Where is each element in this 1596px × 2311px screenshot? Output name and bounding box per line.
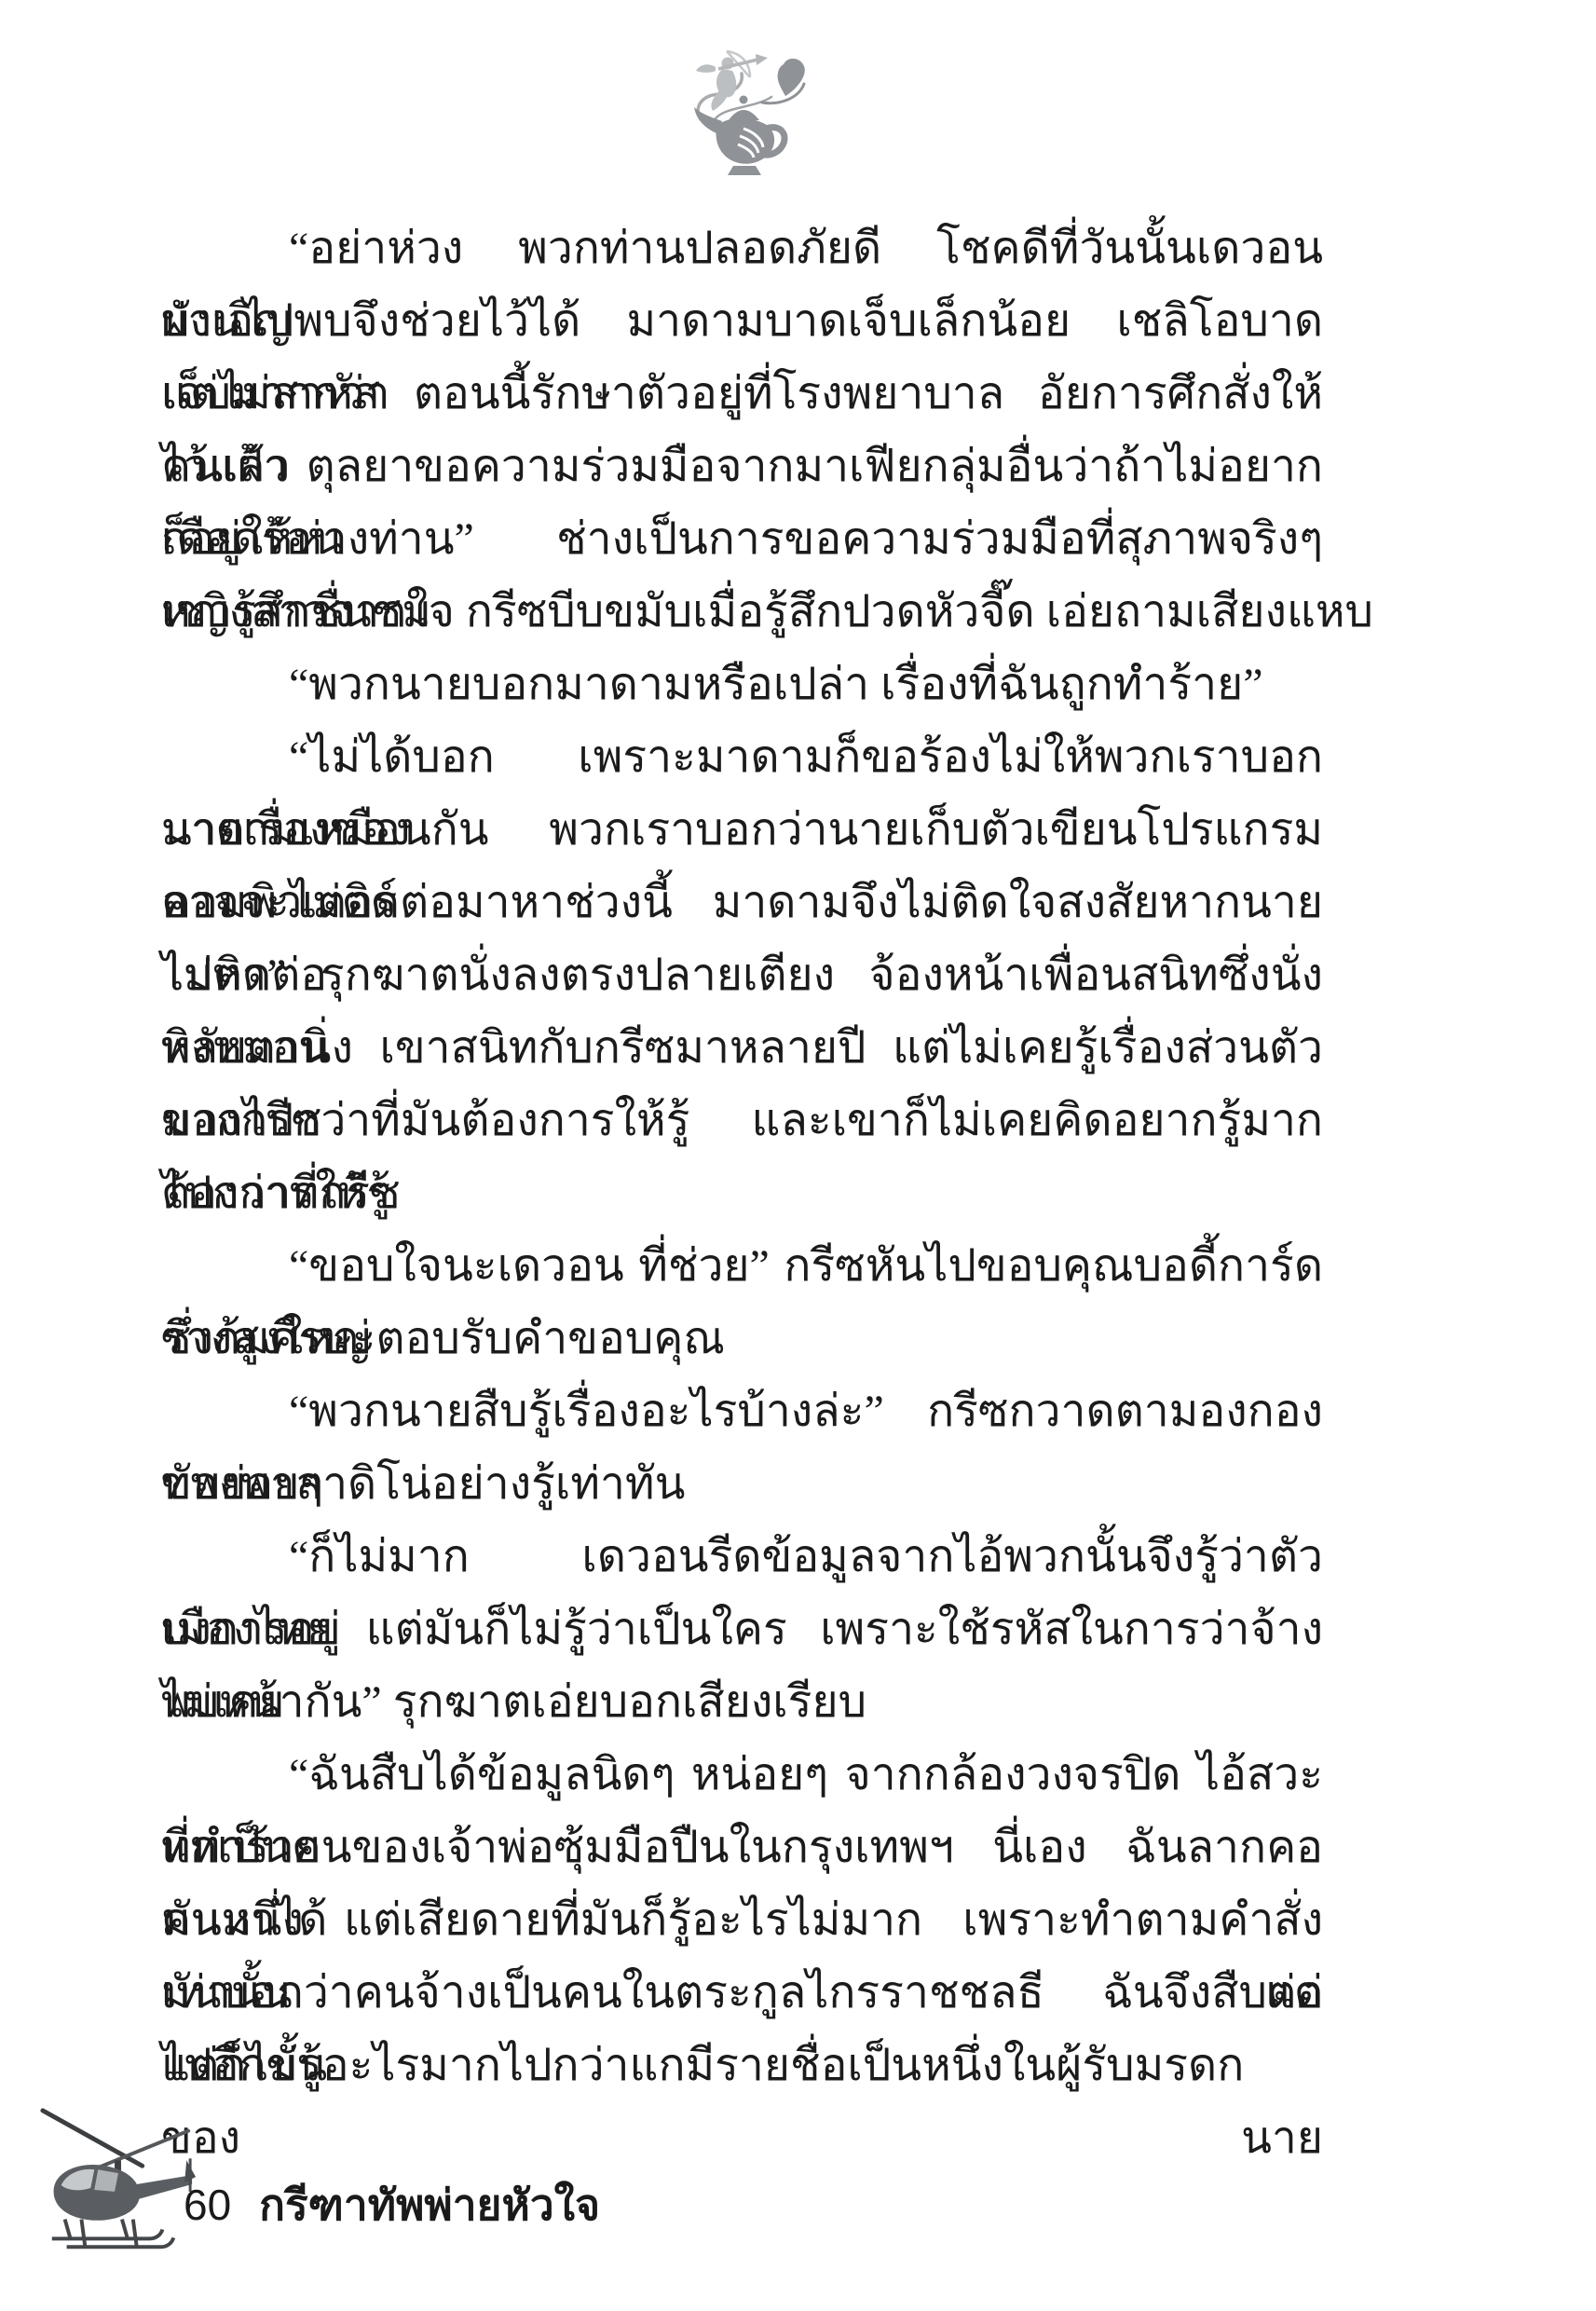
text-line: แกเป็นคนของเจ้าพ่อซุ้มมือปืนในกรุงเทพฯ น…	[161, 1812, 1323, 1884]
text-line: แต่ก็ไม่รู้อะไรมากไปกว่าแกมีรายชื่อเป็นห…	[161, 2030, 1323, 2102]
book-title: กรีฑาทัพพ่ายหัวใจ	[259, 2171, 600, 2239]
text-line: ไว้แล้ว ตุลยาขอความร่วมมือจากมาเฟียกลุ่ม…	[161, 431, 1323, 503]
cupid-genie-lamp-icon	[688, 48, 818, 179]
text-line: มากไปกว่าที่มันต้องการให้รู้ และเขาก็ไม่…	[161, 1085, 1323, 1157]
text-line: มันบอกว่าคนจ้างเป็นคนในตระกูลไกรราชชลธี …	[161, 1957, 1323, 2030]
text-line: เมืองไทย แต่มันก็ไม่รู้ว่าเป็นใคร เพราะใ…	[161, 1593, 1323, 1666]
helicopter-icon	[34, 2106, 199, 2264]
text-line: “พวกนายสืบรู้เรื่องอะไรบ้างล่ะ” กรีซกวาด…	[161, 1375, 1323, 1448]
footer-text: 60 กรีฑาทัพพ่ายหัวใจ	[184, 2171, 600, 2239]
text-line: แต่ไม่สาหัส ตอนนี้รักษาตัวอยู่ที่โรงพยาบ…	[161, 358, 1323, 431]
text-line: “ฉันสืบได้ข้อมูลนิดๆ หน่อยๆ จากกล้องวงจร…	[161, 1739, 1323, 1812]
body-text: “อย่าห่วง พวกท่านปลอดภัยดี โชคดีที่วันนั…	[161, 212, 1323, 2102]
page-number: 60	[184, 2180, 231, 2230]
text-line: ต้องการให้รู้	[161, 1157, 1323, 1230]
text-line: ไปหา” รุกฆาตนั่งลงตรงปลายเตียง จ้องหน้าเ…	[161, 939, 1323, 1012]
text-line: มาดามเหมือนกัน พวกเราบอกว่านายเก็บตัวเขี…	[161, 794, 1323, 867]
text-line: “พวกนายบอกมาดามหรือเปล่า เรื่องที่ฉันถูก…	[161, 649, 1323, 721]
text-line: ของพาลาดิโน่อย่างรู้เท่าทัน	[161, 1448, 1323, 1521]
text-line: คนหนึ่ง แต่เสียดายที่มันก็รู้อะไรไม่มาก …	[161, 1884, 1323, 1957]
heart	[762, 59, 805, 103]
text-line: หลับตานิ่ง เขาสนิทกับกรีซมาหลายปี แต่ไม่…	[161, 1012, 1323, 1085]
text-line: “ขอบใจนะเดวอน ที่ช่วย” กรีซหันไปขอบคุณบอ…	[161, 1230, 1323, 1303]
chapter-ornament	[688, 48, 818, 179]
arrowhead	[756, 54, 768, 65]
page-footer: 60 กรีฑาทัพพ่ายหัวใจ	[0, 2097, 1596, 2283]
text-line: “อย่าห่วง พวกท่านปลอดภัยดี โชคดีที่วันนั…	[161, 212, 1323, 285]
text-line: ก็อยู่ให้ห่างท่าน” ช่างเป็นการขอความร่วม…	[161, 503, 1323, 576]
text-line: ผ่านไปพบจึงช่วยไว้ได้ มาดามบาดเจ็บเล็กน้…	[161, 285, 1323, 358]
text-line: ซึ่งก้มศีรษะตอบรับคำขอบคุณ	[161, 1303, 1323, 1375]
text-line: “ไม่ได้บอก เพราะมาดามก็ขอร้องไม่ให้พวกเร…	[161, 721, 1323, 794]
book-page: { "page": { "text_color": "#1b1b1b", "he…	[0, 0, 1596, 2311]
text-line: พบหน้ากัน” รุกฆาตเอ่ยบอกเสียงเรียบ	[161, 1666, 1323, 1739]
text-line: หญิงสาวจากใจ กรีซบีบขมับเมื่อรู้สึกปวดหั…	[161, 576, 1323, 649]
text-line: อาจจะไม่ติดต่อมาหาช่วงนี้ มาดามจึงไม่ติด…	[161, 867, 1323, 939]
text-line: “ก็ไม่มาก เดวอนรีดข้อมูลจากไอ้พวกนั้นจึง…	[161, 1521, 1323, 1593]
